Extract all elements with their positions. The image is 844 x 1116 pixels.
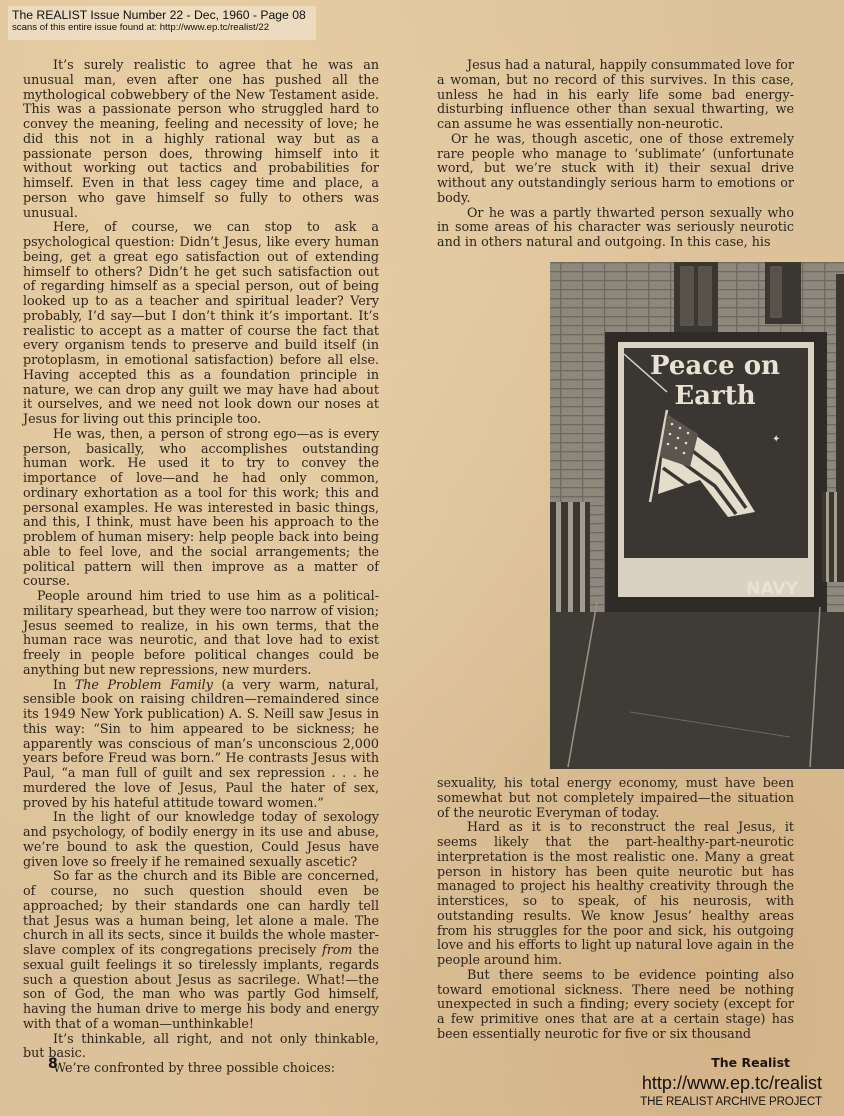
paragraph: Or he was, though ascetic, one of those … [437,132,794,206]
right-column-top: Jesus had a natural, happily consummated… [437,58,794,250]
paragraph: Jesus had a natural, happily consummated… [437,58,794,132]
sign-text-line1: Peace on [650,351,780,381]
paragraph-neill: In The Problem Family (a very warm, natu… [23,678,379,811]
paragraph: He was, then, a person of strong ego—as … [23,427,379,589]
left-column: It’s surely realistic to agree that he w… [23,58,379,1076]
archive-header: The REALIST Issue Number 22 - Dec, 1960 … [8,6,316,40]
paragraph: People around him tried to use him as a … [23,589,379,678]
paragraph: It’s surely realistic to agree that he w… [23,58,379,220]
archive-header-subtitle: scans of this entire issue found at: htt… [12,22,312,34]
archive-url-link[interactable]: http://www.ep.tc/realist [642,1073,822,1094]
archive-header-title: The REALIST Issue Number 22 - Dec, 1960 … [12,8,312,22]
book-title: The Problem Family [75,677,213,692]
right-column-bottom: sexuality, his total energy economy, mus… [437,776,794,1042]
archive-project-label: THE REALIST ARCHIVE PROJECT [640,1096,822,1108]
paragraph-church: So far as the church and its Bible are c… [23,869,379,1031]
paragraph: It’s thinkable, all right, and not only … [23,1032,379,1062]
page-number: 8 [48,1056,58,1072]
text: (a very warm, natural, sensible book on … [23,677,379,810]
paragraph: Here, of course, we can stop to ask a ps… [23,220,379,427]
paragraph: We’re confronted by three possible choic… [23,1061,379,1076]
paragraph: In the light of our knowledge today of s… [23,810,379,869]
sign-text-line2: Earth [674,381,755,411]
sign-text-navy: NAVY [746,579,798,599]
paragraph: Or he was a partly thwarted person sexua… [437,206,794,250]
text: In [53,677,75,692]
paragraph: Hard as it is to reconstruct the real Je… [437,820,794,968]
paragraph: sexuality, his total energy economy, mus… [437,776,794,820]
photo-peace-on-earth-sign: ✦ Peace on Earth NAVY [550,262,844,769]
publication-name: The Realist [711,1055,790,1070]
svg-text:✦: ✦ [772,434,780,445]
emphasis: from [322,942,352,957]
paragraph: But there seems to be evidence pointing … [437,968,794,1042]
